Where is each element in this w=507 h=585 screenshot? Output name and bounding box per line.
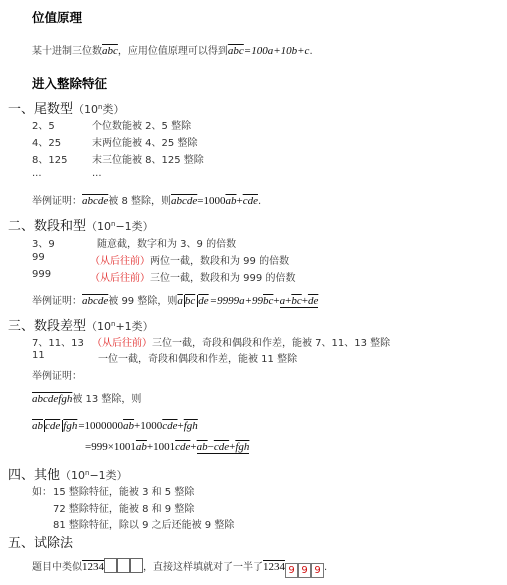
s1-row-val: 个位数能被 2、5 整除 [92,117,191,132]
cde-overline: cde [162,420,177,432]
digit-box: 9 [311,563,324,578]
row-text: 随意截，数字和为 3、9 的倍数 [97,239,236,250]
s1-paren-close: 类） [102,103,124,116]
red-note: （从后往前） [90,256,150,267]
u-ab: ab [197,441,208,453]
s3-title: 三、数段差型 [8,319,86,334]
abcde-overline: abcde [82,195,108,207]
proof-mid: 被 8 整除，则 [108,196,171,207]
s3-paren-open: （10 [86,320,111,333]
bc-overline: bc [263,295,273,307]
s1-row-val: ... [92,168,102,179]
s2-paren-open: （10 [86,220,111,233]
underlined-diff: ab−cde+fgh [197,441,250,454]
proof-end: . [258,196,261,207]
s5-text-1: 题目中类似 [32,562,82,573]
s2-row-val: （从后往前）三位一截，数段和为 999 的倍数 [90,269,295,284]
num-1234: 1234 [263,561,285,573]
s5-end: . [324,562,327,573]
intro-end: . [309,46,312,57]
plus-1001: +1001 [147,441,175,453]
s4-row: 81 整除特征，除以 9 之后还能被 9 整除 [53,516,234,531]
digit-box: 9 [285,563,298,578]
blank-box [104,558,117,573]
underlined-sum: a+bc+de [280,295,319,308]
red-note: （从后往前） [92,338,152,349]
segmented-number: abcdefgh [32,420,78,432]
s2-row-val: 随意截，数字和为 3、9 的倍数 [97,235,236,250]
fgh-overline: fgh [184,420,198,432]
section-1-title: 一、尾数型（10n类） [8,98,124,117]
s1-title: 一、尾数型 [8,102,73,117]
cde-overline: cde [243,195,258,207]
u-bc: bc [291,295,301,307]
blank-box [117,558,130,573]
s3-row-val: （从后往前）三位一截，奇段和偶段和作差，能被 7、11、13 整除 [92,334,390,349]
row-text: 三位一截，数段和为 999 的倍数 [150,273,295,284]
ab-overline: ab [136,441,147,453]
s5-text-2: ，直接这样填就对了一半了 [143,562,263,573]
heading-divisibility: 进入整除特征 [32,74,107,92]
s1-row-key: ... [32,168,42,179]
s2-paren-close: −1类） [115,220,153,233]
s2-title: 二、数段和型 [8,219,86,234]
u-de: de [308,295,318,307]
proof-label: 举例证明： [32,196,82,207]
s3-formula-line-2: =999×1001ab+1001cde+ab−cde+fgh [85,441,249,453]
s3-paren: （10n+1类） [86,320,154,333]
u-fgh: fgh [235,441,249,453]
intro-line: 某十进制三位数abc，应用位值原理可以得到abc=100a+10b+c. [32,42,313,57]
ab-overline: ab [123,420,134,432]
intro-text-2: ，应用位值原理可以得到 [118,46,228,57]
proof-label: 举例证明： [32,296,82,307]
ab-overline: ab [225,195,236,207]
s1-row-val: 末两位能被 4、25 整除 [92,134,197,149]
intro-text-1: 某十进制三位数 [32,46,102,57]
s3-number-line: abcdefgh被 13 整除，则 [32,390,141,405]
section-4-title: 四、其他（10n−1类） [8,464,128,483]
s1-row-val: 末三位能被 8、125 整除 [92,151,204,166]
s1-paren: （10n类） [73,103,124,116]
s3-formula-line-1: abcdefgh=1000000ab+1000cde+fgh [32,420,198,432]
abc-overline: abc [102,45,118,57]
s3-paren-close: +1类） [115,320,153,333]
digit-box: 9 [298,563,311,578]
abcdefgh-overline: abcdefgh [32,393,72,405]
u-cde: cde [214,441,229,453]
s2-row-key: 3、9 [32,235,55,250]
number-with-blanks: 1234 [82,561,143,573]
s2-paren: （10n−1类） [86,220,154,233]
seg-ab: ab [32,420,43,432]
cde-overline: cde [175,441,190,453]
segmented-number: abcde [177,295,209,307]
heading-place-value: 位值原理 [32,8,82,26]
section-2-title: 二、数段和型（10n−1类） [8,215,154,234]
s4-prefix: 如： [32,483,52,498]
s1-row-key: 8、125 [32,151,67,166]
proof-mid: 被 99 整除，则 [108,296,177,307]
s2-proof: 举例证明：abcde被 99 整除，则abcde=9999a+99bc+a+bc… [32,292,318,307]
row-text: 一位一截，奇段和偶段和作差，能被 11 整除 [98,354,297,365]
s3-row-key: 7、11、13 [32,334,84,349]
section-3-title: 三、数段差型（10n+1类） [8,315,154,334]
section-5-title: 五、试除法 [8,532,73,551]
plus-1000: +1000 [134,420,162,432]
seg-a: a [177,295,183,307]
seg-bc: bc [184,295,195,307]
num-1234: 1234 [82,561,104,573]
s3-proof-label: 举例证明： [32,367,82,382]
red-note: （从后往前） [90,273,150,284]
s3-row-val: 一位一截，奇段和偶段和作差，能被 11 整除 [98,350,297,365]
s1-row-key: 2、5 [32,117,55,132]
s1-paren-open: （10 [73,103,98,116]
s1-row-key: 4、25 [32,134,61,149]
s4-paren: （10n−1类） [60,469,128,482]
num-tail: 被 13 整除，则 [72,394,141,405]
abc-overline-2: abc [228,45,244,57]
eq: =999×1001 [85,441,136,453]
seg-cde: cde [44,420,60,432]
s4-paren-close: −1类） [89,469,127,482]
s4-row: 72 整除特征，能被 8 和 9 整除 [53,500,194,515]
proof-eq: =1000 [197,195,225,207]
s5-line: 题目中类似1234，直接这样填就对了一半了1234999. [32,558,327,578]
eq: =1000000 [78,420,123,432]
abcde-overline: abcde [82,295,108,307]
intro-formula: =100a+10b+c [244,45,310,57]
s2-row-key: 99 [32,252,45,263]
s4-title: 四、其他 [8,468,60,483]
s2-row-key: 999 [32,269,51,280]
number-with-nines: 1234999 [263,561,324,573]
s3-row-key: 11 [32,350,45,361]
s2-row-val: （从后往前）两位一截，数段和为 99 的倍数 [90,252,289,267]
s1-proof: 举例证明：abcde被 8 整除，则abcde=1000ab+cde. [32,192,261,207]
proof-eq: =9999a+99 [210,295,263,307]
row-text: 三位一截，奇段和偶段和作差，能被 7、11、13 整除 [152,338,390,349]
s4-row: 15 整除特征，能被 3 和 5 整除 [53,483,194,498]
seg-de: de [197,295,208,307]
s4-paren-open: （10 [60,469,85,482]
seg-fgh: fgh [62,420,77,432]
blank-box [130,558,143,573]
abcde-overline-lhs: abcde [171,195,197,207]
row-text: 两位一截，数段和为 99 的倍数 [150,256,289,267]
